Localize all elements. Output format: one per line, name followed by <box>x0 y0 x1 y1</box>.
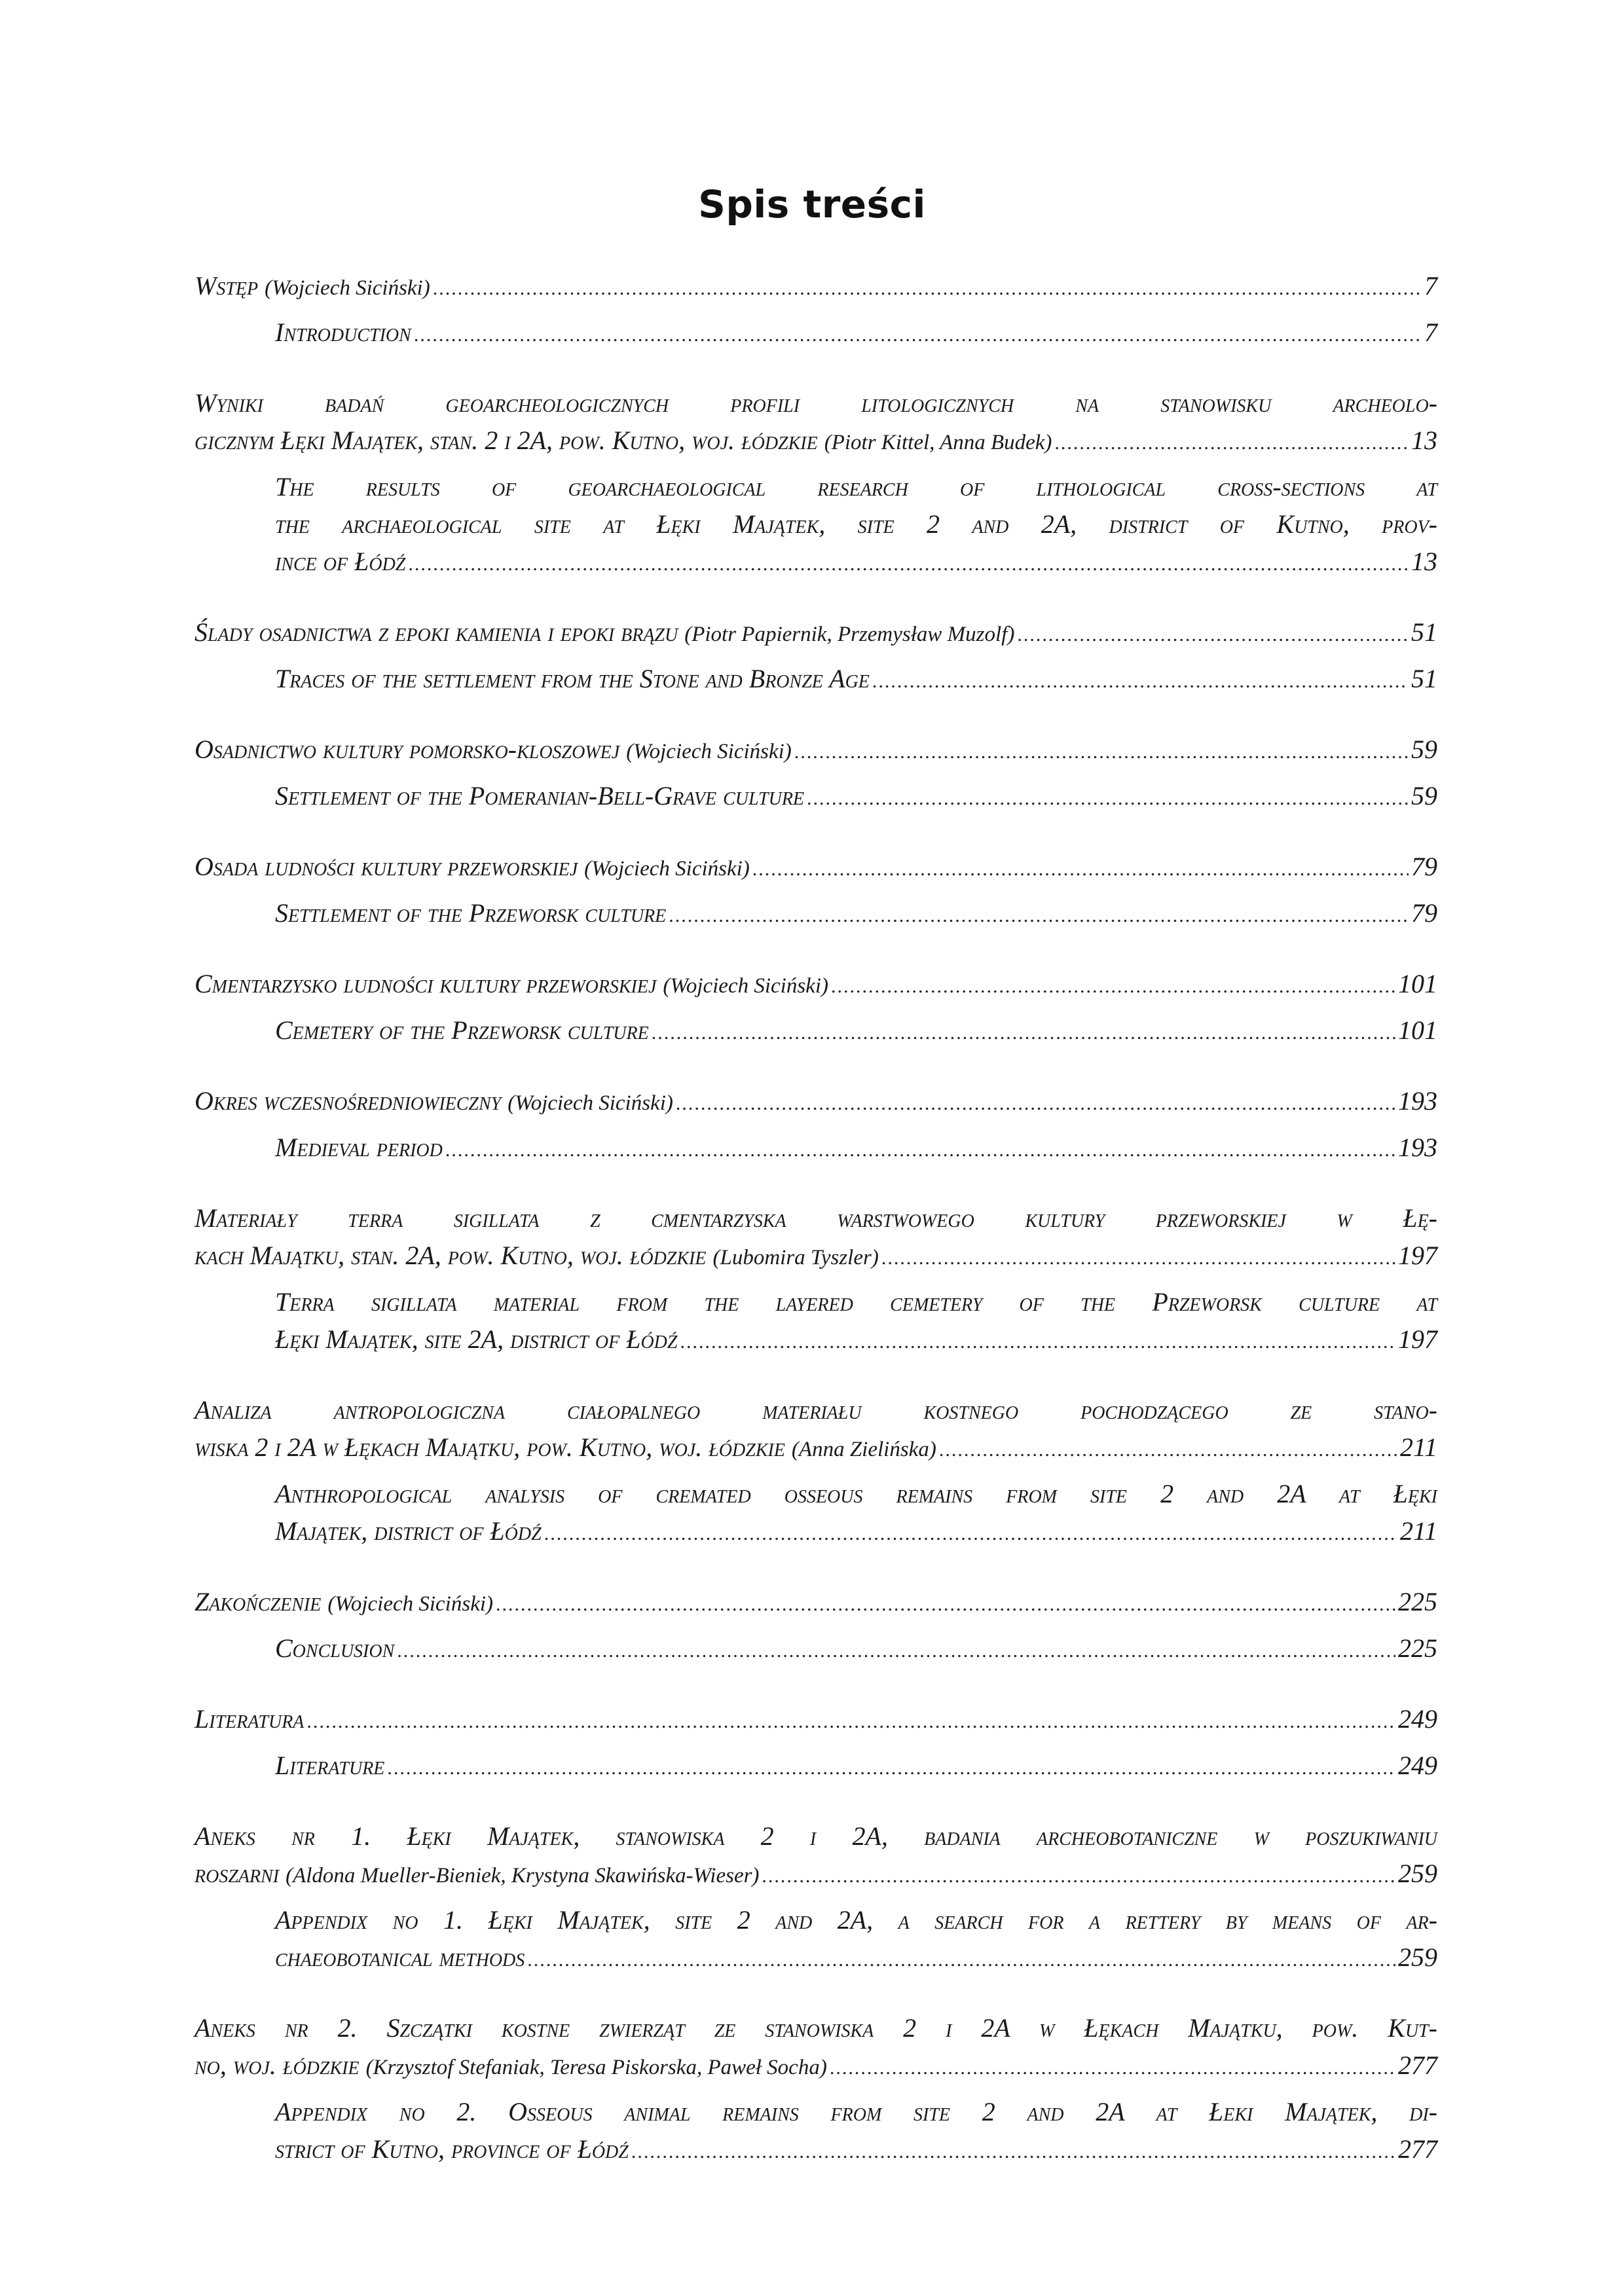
toc-group: Analiza antropologiczna ciałopalnego mat… <box>194 1391 1437 1552</box>
page-number[interactable]: 197 <box>1398 1321 1437 1358</box>
entry-title-text: Settlement of the Pomeranian-Bell-Grave … <box>275 777 804 814</box>
entry-author: (Aldona Mueller-Bieniek, Krystyna Skawiń… <box>286 1864 759 1887</box>
entry-title: Conclusion <box>275 1633 394 1663</box>
entry-title-text: Introduction <box>275 314 411 351</box>
dot-leader <box>881 1239 1395 1277</box>
toc-entry-english[interactable]: Appendix no 1. Łęki Majątek, site 2 and … <box>275 1901 1437 1978</box>
toc-group: Materiały terra sigillata z cmentarzyska… <box>194 1199 1437 1360</box>
page-number[interactable]: 193 <box>1398 1129 1437 1166</box>
toc-group: Zakończenie (Wojciech Siciński)225Conclu… <box>194 1583 1437 1669</box>
page-number[interactable]: 101 <box>1398 1011 1437 1049</box>
dot-leader <box>939 1431 1397 1468</box>
entry-last-line: Settlement of the Przeworsk culture79 <box>275 894 1437 934</box>
entry-last-line: Cmentarzysko ludności kultury przeworski… <box>194 965 1437 1005</box>
entry-title: Osada ludności kultury przeworskiej <box>194 852 578 881</box>
toc-entry-polish[interactable]: Wstęp (Wojciech Siciński)7 <box>194 267 1437 307</box>
toc-group: Literatura249Literature249 <box>194 1700 1437 1787</box>
entry-title-text: Majątek, district of Łódź <box>275 1512 542 1550</box>
entry-title-text: strict of Kutno, province of Łódź <box>275 2130 629 2168</box>
entry-title-text: Medieval period <box>275 1129 443 1166</box>
toc-group: Osada ludności kultury przeworskiej (Woj… <box>194 848 1437 934</box>
dot-leader <box>676 1085 1395 1122</box>
entry-title: Majątek, district of Łódź <box>275 1516 542 1546</box>
dot-leader <box>830 2049 1395 2086</box>
entry-title: roszarni <box>194 1859 279 1888</box>
entry-title: Cemetery of the Przeworsk culture <box>275 1015 649 1045</box>
entry-last-line: Majątek, district of Łódź211 <box>275 1512 1437 1552</box>
entry-title-text: Zakończenie (Wojciech Siciński) <box>194 1583 493 1623</box>
page-number[interactable]: 51 <box>1411 660 1437 697</box>
dot-leader <box>807 780 1409 817</box>
entry-title-text: wiska 2 i 2A w Łękach Majątku, pow. Kutn… <box>194 1429 936 1468</box>
entry-title-line: Aneks nr 1. Łęki Majątek, stanowiska 2 i… <box>194 1817 1437 1855</box>
page-number[interactable]: 79 <box>1411 894 1437 932</box>
entry-title-text: Traces of the settlement from the Stone … <box>275 660 870 697</box>
entry-title-text: kach Majątku, stan. 2A, pow. Kutno, woj.… <box>194 1237 879 1277</box>
toc-entry-polish[interactable]: Okres wczesnośredniowieczny (Wojciech Si… <box>194 1082 1437 1122</box>
dot-leader <box>496 1586 1395 1623</box>
table-of-contents: Wstęp (Wojciech Siciński)7Introduction7W… <box>194 267 1437 2201</box>
toc-group: Wstęp (Wojciech Siciński)7Introduction7 <box>194 267 1437 354</box>
page-number[interactable]: 13 <box>1411 422 1437 459</box>
toc-entry-english[interactable]: Settlement of the Przeworsk culture79 <box>275 894 1437 934</box>
entry-author: (Piotr Papiernik, Przemysław Muzolf) <box>684 623 1014 646</box>
entry-title-text: roszarni (Aldona Mueller-Bieniek, Krysty… <box>194 1855 759 1895</box>
toc-entry-polish[interactable]: Materiały terra sigillata z cmentarzyska… <box>194 1199 1437 1277</box>
entry-title-line: Aneks nr 2. Szczątki kostne zwierząt ze … <box>194 2009 1437 2047</box>
entry-title: Łęki Majątek, site 2A, district of Łódź <box>275 1324 677 1354</box>
toc-group: Wyniki badań geoarcheologicznych profili… <box>194 384 1437 583</box>
toc-entry-english[interactable]: Introduction7 <box>275 314 1437 354</box>
entry-title: Cmentarzysko ludności kultury przeworski… <box>194 969 656 998</box>
entry-last-line: Traces of the settlement from the Stone … <box>275 660 1437 700</box>
entry-title-text: Osadnictwo kultury pomorsko-kloszowej (W… <box>194 731 792 771</box>
entry-title-line: Anthropological analysis of cremated oss… <box>275 1475 1437 1512</box>
toc-entry-english[interactable]: The results of geoarchaeological researc… <box>275 468 1437 583</box>
toc-entry-english[interactable]: Medieval period193 <box>275 1129 1437 1169</box>
entry-last-line: chaeobotanical methods259 <box>275 1939 1437 1978</box>
page-number[interactable]: 259 <box>1398 1855 1437 1892</box>
entry-title: Literatura <box>194 1704 304 1734</box>
entry-last-line: Łęki Majątek, site 2A, district of Łódź1… <box>275 1321 1437 1360</box>
entry-title-text: gicznym Łęki Majątek, stan. 2 i 2A, pow.… <box>194 422 1052 462</box>
entry-title: chaeobotanical methods <box>275 1942 525 1972</box>
entry-author: (Wojciech Siciński) <box>327 1592 493 1616</box>
toc-entry-english[interactable]: Anthropological analysis of cremated oss… <box>275 1475 1437 1552</box>
entry-title-line: Materiały terra sigillata z cmentarzyska… <box>194 1199 1437 1237</box>
entry-last-line: Zakończenie (Wojciech Siciński)225 <box>194 1583 1437 1623</box>
dot-leader <box>387 1749 1395 1787</box>
page-number[interactable]: 249 <box>1398 1700 1437 1738</box>
page-number[interactable]: 211 <box>1400 1512 1437 1550</box>
page-number[interactable]: 211 <box>1400 1429 1437 1466</box>
entry-title-line: Wyniki badań geoarcheologicznych profili… <box>194 384 1437 422</box>
toc-group: Aneks nr 1. Łęki Majątek, stanowiska 2 i… <box>194 1817 1437 1978</box>
entry-last-line: Literature249 <box>275 1747 1437 1787</box>
entry-author: (Krzysztof Stefaniak, Teresa Piskorska, … <box>366 2056 827 2079</box>
dot-leader <box>831 968 1395 1005</box>
entry-last-line: ince of Łódź13 <box>275 543 1437 583</box>
entry-author: (Wojciech Siciński) <box>663 974 828 998</box>
entry-last-line: Okres wczesnośredniowieczny (Wojciech Si… <box>194 1082 1437 1122</box>
entry-last-line: Settlement of the Pomeranian-Bell-Grave … <box>275 777 1437 817</box>
toc-entry-polish[interactable]: Osadnictwo kultury pomorsko-kloszowej (W… <box>194 731 1437 771</box>
entry-last-line: Osada ludności kultury przeworskiej (Woj… <box>194 848 1437 888</box>
page-number[interactable]: 51 <box>1411 613 1437 651</box>
entry-author: (Wojciech Siciński) <box>626 740 792 763</box>
dot-leader <box>544 1515 1397 1552</box>
toc-entry-english[interactable]: Cemetery of the Przeworsk culture101 <box>275 1011 1437 1051</box>
dot-leader <box>1054 424 1409 462</box>
toc-group: Okres wczesnośredniowieczny (Wojciech Si… <box>194 1082 1437 1169</box>
toc-group: Ślady osadnictwa z epoki kamienia i epok… <box>194 613 1437 700</box>
entry-title-text: Ślady osadnictwa z epoki kamienia i epok… <box>194 613 1014 653</box>
dot-leader <box>652 1014 1395 1051</box>
entry-last-line: Cemetery of the Przeworsk culture101 <box>275 1011 1437 1051</box>
entry-title: Ślady osadnictwa z epoki kamienia i epok… <box>194 617 678 647</box>
page-number[interactable]: 249 <box>1398 1747 1437 1784</box>
dot-leader <box>669 897 1409 934</box>
page-title: Spis treści <box>0 182 1624 227</box>
entry-title-line: Terra sigillata material from the layere… <box>275 1283 1437 1321</box>
toc-entry-english[interactable]: Settlement of the Pomeranian-Bell-Grave … <box>275 777 1437 817</box>
toc-group: Osadnictwo kultury pomorsko-kloszowej (W… <box>194 731 1437 817</box>
entry-title-text: Okres wczesnośredniowieczny (Wojciech Si… <box>194 1082 673 1122</box>
toc-entry-polish[interactable]: Zakończenie (Wojciech Siciński)225 <box>194 1583 1437 1623</box>
entry-last-line: Introduction7 <box>275 314 1437 354</box>
entry-author: (Wojciech Siciński) <box>265 276 430 300</box>
entry-last-line: Wstęp (Wojciech Siciński)7 <box>194 267 1437 307</box>
page-number[interactable]: 79 <box>1411 848 1437 885</box>
entry-author: (Lubomira Tyszler) <box>713 1246 879 1269</box>
page-number[interactable]: 225 <box>1398 1630 1437 1667</box>
entry-last-line: Literatura249 <box>194 1700 1437 1740</box>
entry-title-line: the archaeological site at Łęki Majątek,… <box>275 505 1437 543</box>
page-number[interactable]: 197 <box>1398 1237 1437 1274</box>
toc-entry-polish[interactable]: Literatura249 <box>194 1700 1437 1740</box>
entry-last-line: strict of Kutno, province of Łódź277 <box>275 2130 1437 2170</box>
toc-entry-english[interactable]: Literature249 <box>275 1747 1437 1787</box>
entry-title: no, woj. łódzkie <box>194 2050 360 2080</box>
entry-last-line: gicznym Łęki Majątek, stan. 2 i 2A, pow.… <box>194 422 1437 462</box>
toc-group: Cmentarzysko ludności kultury przeworski… <box>194 965 1437 1051</box>
entry-title-text: Conclusion <box>275 1630 394 1667</box>
page-number[interactable]: 193 <box>1398 1082 1437 1120</box>
dot-leader <box>762 1857 1395 1895</box>
entry-title: Traces of the settlement from the Stone … <box>275 664 870 693</box>
page-number[interactable]: 101 <box>1398 965 1437 1002</box>
page-number[interactable]: 277 <box>1398 2047 1437 2084</box>
toc-entry-polish[interactable]: Aneks nr 2. Szczątki kostne zwierząt ze … <box>194 2009 1437 2086</box>
dot-leader <box>433 270 1422 307</box>
entry-author: (Wojciech Siciński) <box>584 857 750 881</box>
dot-leader <box>408 545 1409 583</box>
dot-leader <box>680 1323 1395 1360</box>
entry-title: Osadnictwo kultury pomorsko-kloszowej <box>194 735 619 764</box>
entry-title-text: Osada ludności kultury przeworskiej (Woj… <box>194 848 750 888</box>
page-number[interactable]: 7 <box>1424 267 1437 304</box>
entry-title: gicznym Łęki Majątek, stan. 2 i 2A, pow.… <box>194 426 818 455</box>
entry-title: Introduction <box>275 318 411 347</box>
entry-last-line: roszarni (Aldona Mueller-Bieniek, Krysty… <box>194 1855 1437 1895</box>
dot-leader <box>752 850 1409 888</box>
entry-title: wiska 2 i 2A w Łękach Majątku, pow. Kutn… <box>194 1432 785 1462</box>
entry-title-text: Settlement of the Przeworsk culture <box>275 894 666 932</box>
page-number[interactable]: 259 <box>1398 1939 1437 1976</box>
toc-entry-polish[interactable]: Osada ludności kultury przeworskiej (Woj… <box>194 848 1437 888</box>
dot-leader <box>306 1703 1395 1740</box>
page-number[interactable]: 59 <box>1411 731 1437 768</box>
entry-title-text: Wstęp (Wojciech Siciński) <box>194 267 430 307</box>
entry-title: ince of Łódź <box>275 547 405 576</box>
entry-title-text: Literature <box>275 1747 384 1784</box>
entry-title: Medieval period <box>275 1133 443 1162</box>
dot-leader <box>397 1632 1395 1669</box>
entry-last-line: wiska 2 i 2A w Łękach Majątku, pow. Kutn… <box>194 1429 1437 1468</box>
entry-last-line: Medieval period193 <box>275 1129 1437 1169</box>
dot-leader <box>527 1941 1395 1978</box>
dot-leader <box>794 733 1409 771</box>
entry-title-line: Appendix no 1. Łęki Majątek, site 2 and … <box>275 1901 1437 1939</box>
entry-title-line: Appendix no 2. Osseous animal remains fr… <box>275 2093 1437 2130</box>
toc-entry-english[interactable]: Conclusion225 <box>275 1630 1437 1669</box>
entry-title-text: Cmentarzysko ludności kultury przeworski… <box>194 965 828 1005</box>
entry-last-line: no, woj. łódzkie (Krzysztof Stefaniak, T… <box>194 2047 1437 2086</box>
toc-entry-english[interactable]: Traces of the settlement from the Stone … <box>275 660 1437 700</box>
entry-title: Okres wczesnośredniowieczny <box>194 1086 501 1116</box>
entry-title-text: chaeobotanical methods <box>275 1939 525 1976</box>
toc-entry-polish[interactable]: Analiza antropologiczna ciałopalnego mat… <box>194 1391 1437 1468</box>
toc-entry-polish[interactable]: Cmentarzysko ludności kultury przeworski… <box>194 965 1437 1005</box>
entry-title: Settlement of the Pomeranian-Bell-Grave … <box>275 781 804 811</box>
entry-author: (Piotr Kittel, Anna Budek) <box>824 431 1052 454</box>
toc-entry-english[interactable]: Appendix no 2. Osseous animal remains fr… <box>275 2093 1437 2170</box>
entry-last-line: Osadnictwo kultury pomorsko-kloszowej (W… <box>194 731 1437 771</box>
page-number[interactable]: 225 <box>1398 1583 1437 1620</box>
toc-group: Aneks nr 2. Szczątki kostne zwierząt ze … <box>194 2009 1437 2170</box>
dot-leader <box>445 1131 1395 1169</box>
toc-entry-english[interactable]: Terra sigillata material from the layere… <box>275 1283 1437 1360</box>
entry-title-line: Analiza antropologiczna ciałopalnego mat… <box>194 1391 1437 1429</box>
page-number[interactable]: 277 <box>1398 2130 1437 2168</box>
entry-title: Zakończenie <box>194 1587 321 1616</box>
entry-author: (Anna Zielińska) <box>792 1438 936 1461</box>
entry-title-text: Literatura <box>194 1700 304 1738</box>
entry-title-line: The results of geoarchaeological researc… <box>275 468 1437 505</box>
dot-leader <box>1017 616 1409 653</box>
toc-entry-polish[interactable]: Wyniki badań geoarcheologicznych profili… <box>194 384 1437 462</box>
entry-title: strict of Kutno, province of Łódź <box>275 2134 629 2164</box>
entry-last-line: Conclusion225 <box>275 1630 1437 1669</box>
entry-last-line: kach Majątku, stan. 2A, pow. Kutno, woj.… <box>194 1237 1437 1277</box>
entry-title-text: ince of Łódź <box>275 543 405 580</box>
entry-title: Wstęp <box>194 271 258 301</box>
page-number[interactable]: 7 <box>1424 314 1437 351</box>
entry-title-text: Łęki Majątek, site 2A, district of Łódź <box>275 1321 677 1358</box>
dot-leader <box>631 2133 1395 2170</box>
dot-leader <box>414 316 1422 354</box>
entry-title: kach Majątku, stan. 2A, pow. Kutno, woj.… <box>194 1241 707 1270</box>
toc-entry-polish[interactable]: Ślady osadnictwa z epoki kamienia i epok… <box>194 613 1437 653</box>
page-number[interactable]: 59 <box>1411 777 1437 814</box>
dot-leader <box>872 663 1409 700</box>
page-number[interactable]: 13 <box>1411 543 1437 580</box>
entry-title: Settlement of the Przeworsk culture <box>275 898 666 928</box>
entry-title: Literature <box>275 1751 384 1780</box>
entry-last-line: Ślady osadnictwa z epoki kamienia i epok… <box>194 613 1437 653</box>
entry-author: (Wojciech Siciński) <box>507 1091 673 1115</box>
entry-title-text: no, woj. łódzkie (Krzysztof Stefaniak, T… <box>194 2047 827 2086</box>
entry-title-text: Cemetery of the Przeworsk culture <box>275 1011 649 1049</box>
toc-entry-polish[interactable]: Aneks nr 1. Łęki Majątek, stanowiska 2 i… <box>194 1817 1437 1895</box>
